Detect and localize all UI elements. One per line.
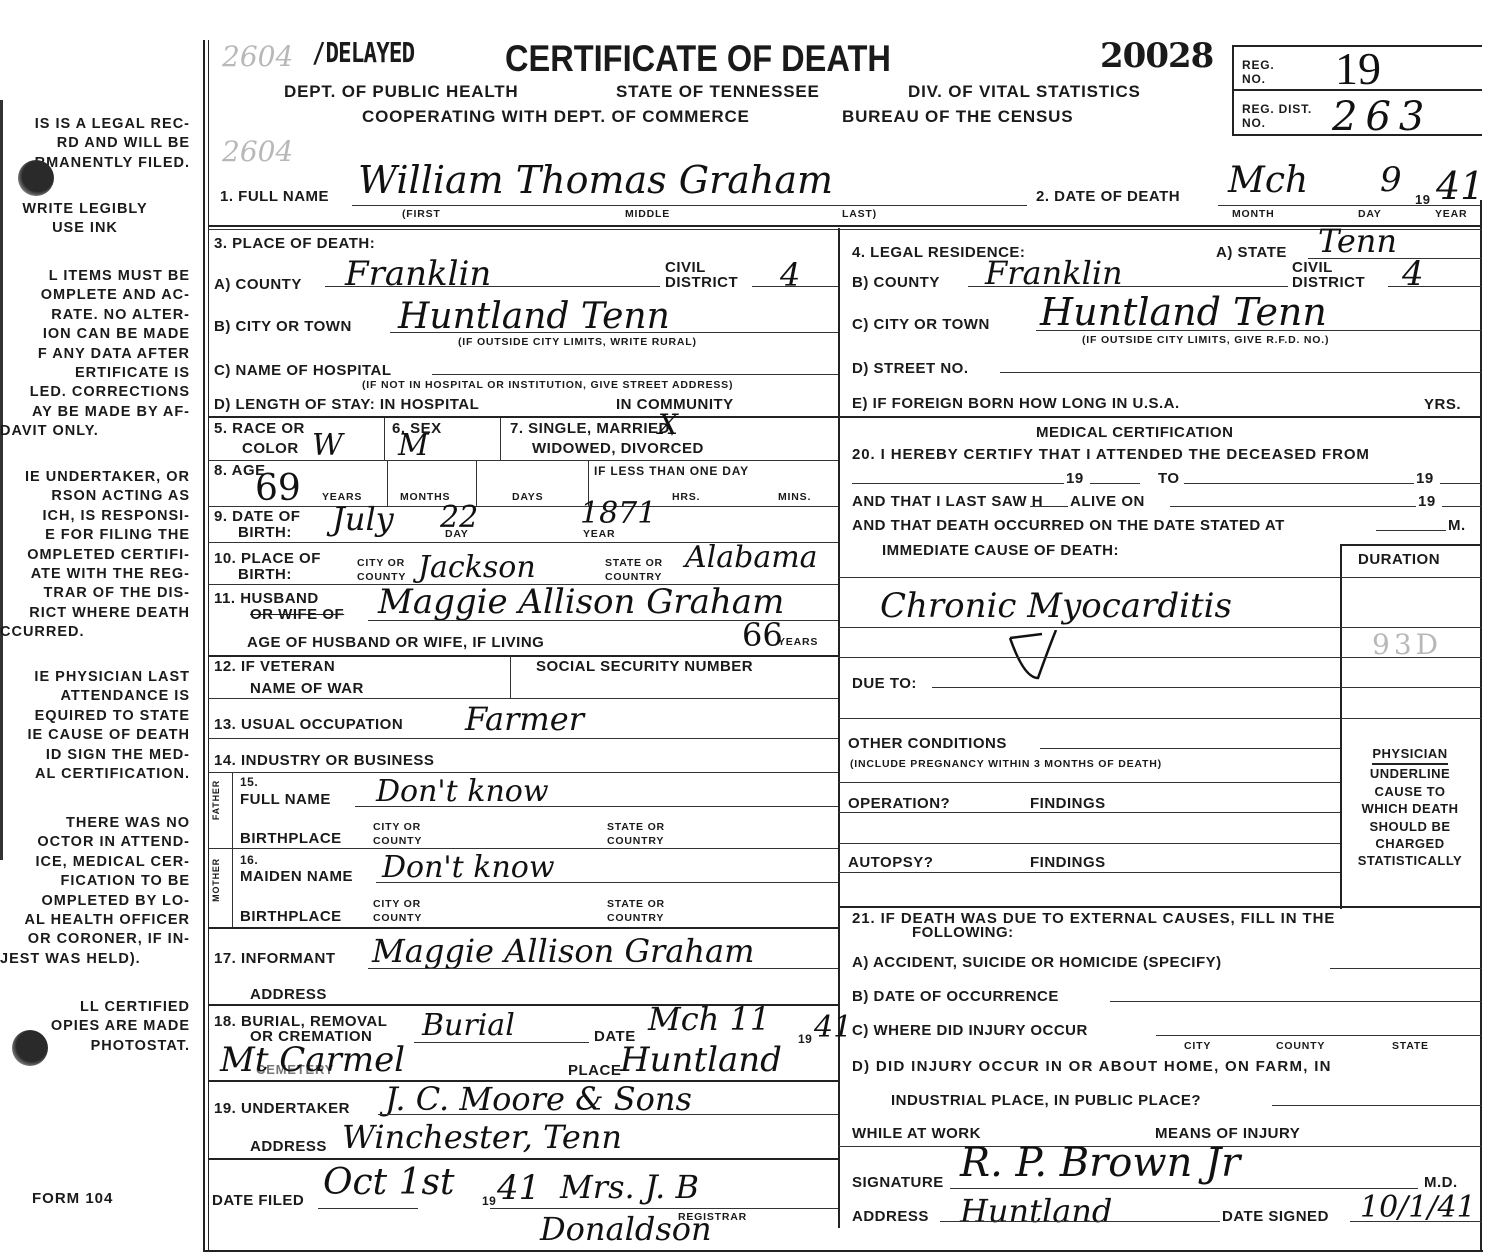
length-of-stay-label: D) LENGTH OF STAY: IN HOSPITAL bbox=[214, 396, 479, 413]
form-number: FORM 104 bbox=[32, 1190, 113, 1207]
marital-mark[interactable]: X bbox=[658, 408, 678, 441]
autopsy-label: AUTOPSY? bbox=[848, 854, 933, 871]
physician-address[interactable]: Huntland bbox=[960, 1192, 1112, 1230]
city-label: B) CITY OR TOWN bbox=[214, 318, 352, 335]
father-number: 15. bbox=[240, 775, 258, 789]
spouse-years-label: YEARS bbox=[778, 636, 818, 648]
page-title: CERTIFICATE OF DEATH bbox=[505, 38, 891, 80]
less-than-day-label: IF LESS THAN ONE DAY bbox=[594, 464, 749, 478]
year-label: YEAR bbox=[583, 528, 615, 540]
time-m-label: M. bbox=[1448, 517, 1466, 534]
birth-label: BIRTH: bbox=[238, 524, 292, 541]
age-years[interactable]: 69 bbox=[255, 468, 301, 509]
date-of-death-label: 2. DATE OF DEATH bbox=[1036, 188, 1180, 205]
last-saw-label: AND THAT I LAST SAW H bbox=[852, 493, 1043, 510]
place-label: PLACE bbox=[568, 1062, 621, 1079]
divider bbox=[208, 225, 1482, 227]
physician-signature[interactable]: R. P. Brown Jr bbox=[960, 1140, 1240, 1186]
mother-name-label: MAIDEN NAME bbox=[240, 868, 353, 885]
undertaker-value[interactable]: J. C. Moore & Sons bbox=[385, 1080, 692, 1118]
place-of-death-label: 3. PLACE OF DEATH: bbox=[214, 235, 375, 252]
informant-address-label: ADDRESS bbox=[250, 986, 327, 1003]
reg-dist-value: 263 bbox=[1332, 94, 1432, 140]
operation-label: OPERATION? bbox=[848, 795, 950, 812]
where-injury-label: C) WHERE DID INJURY OCCUR bbox=[852, 1022, 1088, 1039]
birth-state[interactable]: Alabama bbox=[685, 540, 818, 575]
delayed-stamp: /DELAYED bbox=[312, 36, 415, 69]
sub-middle: MIDDLE bbox=[625, 208, 670, 220]
attended-to-19: 19 bbox=[1416, 470, 1434, 487]
mother-number: 16. bbox=[240, 853, 258, 867]
residence-civil-district-label: CIVILDISTRICT bbox=[1292, 260, 1365, 290]
city-note: (IF OUTSIDE CITY LIMITS, WRITE RURAL) bbox=[458, 336, 697, 348]
sub-last: LAST) bbox=[842, 208, 877, 220]
punch-hole bbox=[18, 160, 54, 196]
due-to-label: DUE TO: bbox=[852, 675, 917, 692]
father-name-label: FULL NAME bbox=[240, 791, 331, 808]
city-county-label: CITY ORCOUNTY bbox=[357, 556, 406, 584]
divider bbox=[208, 229, 1482, 230]
attended-to: TO bbox=[1158, 470, 1180, 487]
name-of-war-label: NAME OF WAR bbox=[250, 680, 364, 697]
residence-city[interactable]: Huntland Tenn bbox=[1040, 290, 1327, 334]
other-conditions-label: OTHER CONDITIONS bbox=[848, 735, 1007, 752]
signature-label: SIGNATURE bbox=[852, 1174, 944, 1191]
registrar-signature[interactable]: Mrs. J. B bbox=[560, 1168, 699, 1206]
reg-no-value: 19 bbox=[1335, 42, 1381, 95]
faint-file-number: 2604 bbox=[222, 40, 293, 73]
father-name[interactable]: Don't know bbox=[376, 774, 549, 809]
undertaker-address-label: ADDRESS bbox=[250, 1138, 327, 1155]
duration-label: DURATION bbox=[1358, 551, 1440, 568]
cemetery-value[interactable]: Mt Carmel bbox=[220, 1040, 405, 1080]
day-label: DAY bbox=[445, 528, 469, 540]
other-conditions-note: (INCLUDE PREGNANCY WITHIN 3 MONTHS OF DE… bbox=[850, 758, 1162, 770]
hrs-label: HRS. bbox=[672, 491, 700, 503]
burial-date[interactable]: Mch 11 bbox=[648, 1000, 770, 1038]
death-district[interactable]: 4 bbox=[780, 256, 800, 294]
residence-county-label: B) COUNTY bbox=[852, 274, 940, 291]
death-day[interactable]: 9 bbox=[1380, 160, 1402, 200]
date-signed-value[interactable]: 10/1/41 bbox=[1360, 1190, 1476, 1225]
mother-side-label: MOTHER bbox=[211, 858, 231, 902]
death-city[interactable]: Huntland Tenn bbox=[398, 296, 670, 337]
or-wife-of-label: OR WIFE OF bbox=[250, 606, 344, 623]
birth-month[interactable]: July bbox=[332, 500, 394, 538]
sub-year: YEAR bbox=[1435, 208, 1467, 220]
dob-label: 9. DATE OF bbox=[214, 508, 300, 525]
date-filed-label: DATE FILED bbox=[212, 1192, 304, 1209]
cause-of-death[interactable]: Chronic Myocarditis bbox=[880, 586, 1232, 626]
spouse-age[interactable]: 66 bbox=[742, 616, 783, 654]
informant-label: 17. INFORMANT bbox=[214, 950, 336, 967]
residence-state[interactable]: Tenn bbox=[1318, 222, 1397, 260]
state-name: STATE OF TENNESSEE bbox=[616, 82, 820, 102]
mother-birthplace-label: BIRTHPLACE bbox=[240, 908, 342, 925]
reg-no-label: REG.NO. bbox=[1242, 58, 1275, 86]
dept-public-health: DEPT. OF PUBLIC HEALTH bbox=[284, 82, 519, 102]
physician-address-label: ADDRESS bbox=[852, 1208, 929, 1225]
injury-state-label: STATE bbox=[1392, 1040, 1429, 1052]
checkmark-icon bbox=[1004, 630, 1064, 682]
industry-label: 14. INDUSTRY OR BUSINESS bbox=[214, 752, 434, 769]
color-label: COLOR bbox=[242, 440, 299, 457]
birth-city[interactable]: Jackson bbox=[418, 550, 536, 585]
mins-label: MINS. bbox=[778, 491, 811, 503]
death-year[interactable]: 41 bbox=[1436, 164, 1484, 208]
occupation-label: 13. USUAL OCCUPATION bbox=[214, 716, 403, 733]
father-state-country-label: STATE ORCOUNTRY bbox=[607, 820, 665, 848]
mother-name[interactable]: Don't know bbox=[382, 850, 555, 885]
accident-label: A) ACCIDENT, SUICIDE OR HOMICIDE (SPECIF… bbox=[852, 954, 1222, 971]
days-label: DAYS bbox=[512, 491, 543, 503]
instruction-complete: L ITEMS MUST BEOMPLETE AND AC-RATE. NO A… bbox=[0, 267, 190, 442]
race-label: 5. RACE OR bbox=[214, 420, 305, 437]
faint-file-number-2: 2604 bbox=[222, 135, 293, 168]
column-divider bbox=[838, 228, 840, 1228]
street-label: D) STREET NO. bbox=[852, 360, 969, 377]
sub-day: DAY bbox=[1358, 208, 1382, 220]
instruction-write-legibly: WRITE LEGIBLYUSE INK bbox=[0, 200, 170, 239]
civil-district-label: CIVILDISTRICT bbox=[665, 260, 738, 290]
attended-from-19: 19 bbox=[1066, 470, 1084, 487]
residence-district[interactable]: 4 bbox=[1402, 254, 1424, 294]
injury-place-label: INDUSTRIAL PLACE, IN PUBLIC PLACE? bbox=[891, 1092, 1201, 1109]
following-label: FOLLOWING: bbox=[912, 924, 1014, 941]
occupation-value[interactable]: Farmer bbox=[465, 700, 584, 738]
birth-year[interactable]: 1871 bbox=[580, 496, 656, 531]
yrs-label: YRS. bbox=[1424, 396, 1461, 413]
marital-label-1: 7. SINGLE, MARRIED, bbox=[510, 420, 675, 437]
death-month[interactable]: Mch bbox=[1228, 160, 1308, 201]
date-occurrence-label: B) DATE OF OCCURRENCE bbox=[852, 988, 1059, 1005]
form-border-left-inner bbox=[208, 40, 209, 1250]
injury-home-label: D) DID INJURY OCCUR IN OR ABOUT HOME, ON… bbox=[852, 1058, 1332, 1075]
ssn-label: SOCIAL SECURITY NUMBER bbox=[536, 658, 753, 675]
autopsy-findings-label: FINDINGS bbox=[1030, 854, 1106, 871]
burial-year[interactable]: 41 bbox=[814, 1010, 852, 1045]
hospital-note: (IF NOT IN HOSPITAL OR INSTITUTION, GIVE… bbox=[362, 379, 733, 391]
county-label: A) COUNTY bbox=[214, 276, 302, 293]
mother-state-country-label: STATE ORCOUNTRY bbox=[607, 897, 665, 925]
full-name-label: 1. FULL NAME bbox=[220, 188, 329, 205]
death-county[interactable]: Franklin bbox=[345, 254, 491, 294]
residence-city-label: C) CITY OR TOWN bbox=[852, 316, 990, 333]
registrar-signature-2[interactable]: Donaldson bbox=[540, 1210, 712, 1248]
certificate-number: 20028 bbox=[1100, 36, 1213, 76]
husband-label: 11. HUSBAND bbox=[214, 590, 319, 607]
spouse-name[interactable]: Maggie Allison Graham bbox=[378, 582, 784, 622]
injury-city-label: CITY bbox=[1184, 1040, 1211, 1052]
date-signed-label: DATE SIGNED bbox=[1222, 1208, 1329, 1225]
mother-city-county-label: CITY ORCOUNTY bbox=[373, 897, 422, 925]
father-side-label: FATHER bbox=[211, 780, 231, 820]
burial-value[interactable]: Burial bbox=[422, 1008, 515, 1043]
marital-label-2: WIDOWED, DIVORCED bbox=[532, 440, 704, 457]
veteran-label: 12. IF VETERAN bbox=[214, 658, 335, 675]
state-country-label: STATE ORCOUNTRY bbox=[605, 556, 663, 584]
filed-year-prefix: 19 bbox=[482, 1194, 496, 1208]
operation-findings-label: FINDINGS bbox=[1030, 795, 1106, 812]
residence-state-label: A) STATE bbox=[1216, 244, 1287, 261]
punch-hole bbox=[12, 1030, 48, 1066]
hospital-label: C) NAME OF HOSPITAL bbox=[214, 362, 392, 379]
father-birthplace-label: BIRTHPLACE bbox=[240, 830, 342, 847]
pob-label: 10. PLACE OF bbox=[214, 550, 321, 567]
father-city-county-label: CITY ORCOUNTY bbox=[373, 820, 422, 848]
sub-first: (FIRST bbox=[402, 208, 441, 220]
bureau-census: BUREAU OF THE CENSUS bbox=[842, 107, 1073, 127]
burial-place[interactable]: Huntland bbox=[620, 1040, 782, 1080]
residence-city-note: (IF OUTSIDE CITY LIMITS, GIVE R.F.D. NO.… bbox=[1082, 334, 1329, 346]
informant-name[interactable]: Maggie Allison Graham bbox=[372, 932, 754, 970]
certify-line: 20. I HEREBY CERTIFY THAT I ATTENDED THE… bbox=[852, 446, 1370, 463]
form-border-right bbox=[1480, 200, 1482, 1250]
undertaker-address[interactable]: Winchester, Tenn bbox=[342, 1118, 622, 1156]
foreign-born-label: E) IF FOREIGN BORN HOW LONG IN U.S.A. bbox=[852, 395, 1180, 412]
full-name-value[interactable]: William Thomas Graham bbox=[358, 158, 833, 202]
burial-year-prefix: 19 bbox=[798, 1032, 812, 1046]
instruction-no-doctor: THERE WAS NOOCTOR IN ATTEND-ICE, MEDICAL… bbox=[0, 814, 190, 969]
filed-year[interactable]: 41 bbox=[497, 1168, 540, 1208]
undertaker-label: 19. UNDERTAKER bbox=[214, 1100, 350, 1117]
pob-birth-label: BIRTH: bbox=[238, 566, 292, 583]
division-name: DIV. OF VITAL STATISTICS bbox=[908, 82, 1141, 102]
medical-title: MEDICAL CERTIFICATION bbox=[1036, 424, 1233, 441]
sub-month: MONTH bbox=[1232, 208, 1275, 220]
reg-dist-label: REG. DIST.NO. bbox=[1242, 102, 1312, 130]
alive-on-label: ALIVE ON bbox=[1070, 493, 1145, 510]
form-border-left bbox=[203, 40, 205, 1250]
md-label: M.D. bbox=[1424, 1174, 1458, 1191]
injury-county-label: COUNTY bbox=[1276, 1040, 1325, 1052]
physician-underline-note: PHYSICIAN UNDERLINE CAUSE TO WHICH DEATH… bbox=[1340, 745, 1480, 870]
instruction-undertaker: IE UNDERTAKER, ORRSON ACTING ASICH, IS R… bbox=[0, 468, 190, 643]
cause-label: IMMEDIATE CAUSE OF DEATH: bbox=[882, 542, 1119, 559]
form-border-bottom bbox=[203, 1250, 1483, 1252]
date-filed-value[interactable]: Oct 1st bbox=[323, 1162, 454, 1203]
sex-value[interactable]: M bbox=[398, 428, 429, 463]
instruction-physician: IE PHYSICIAN LASTATTENDANCE ISEQUIRED TO… bbox=[0, 668, 190, 784]
race-value[interactable]: W bbox=[312, 428, 343, 463]
cooperating-text: COOPERATING WITH DEPT. OF COMMERCE bbox=[362, 107, 750, 127]
alive-on-19: 19 bbox=[1418, 493, 1436, 510]
spouse-age-label: AGE OF HUSBAND OR WIFE, IF LIVING bbox=[247, 634, 544, 651]
death-occurred-label: AND THAT DEATH OCCURRED ON THE DATE STAT… bbox=[852, 517, 1285, 534]
